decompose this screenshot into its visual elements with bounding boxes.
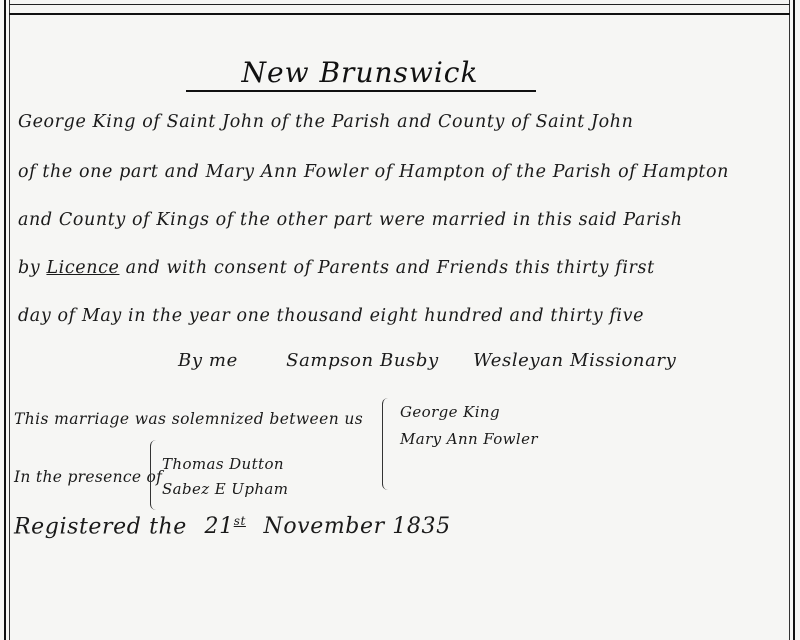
licence-prefix: by <box>18 258 46 278</box>
frame-rule-right-inner <box>789 0 790 640</box>
frame-rule-top-thin <box>9 4 790 5</box>
licence-word: Licence <box>46 258 119 278</box>
record-line-5: day of May in the year one thousand eigh… <box>18 306 644 326</box>
record-line-1: George King of Saint John of the Parish … <box>18 112 634 132</box>
party-signature-bride: Mary Ann Fowler <box>400 430 538 448</box>
registration-day-suffix: st <box>234 514 246 528</box>
frame-rule-left-inner <box>9 0 10 640</box>
record-line-4: by Licence and with consent of Parents a… <box>18 258 655 278</box>
heading-underline <box>186 90 536 92</box>
marriage-record-page: New Brunswick George King of Saint John … <box>0 0 800 640</box>
officiant-title: Wesleyan Missionary <box>473 350 676 371</box>
presence-label: In the presence of <box>14 468 162 486</box>
frame-rule-left-outer <box>4 0 6 640</box>
frame-rule-right-outer <box>793 0 795 640</box>
document-heading: New Brunswick <box>230 56 490 89</box>
witness-signature-1: Thomas Dutton <box>162 455 284 473</box>
licence-suffix: and with consent of Parents and Friends … <box>119 258 654 278</box>
registered-label: Registered the <box>14 514 187 539</box>
registration-month-year: November 1835 <box>263 514 450 539</box>
witness-brace <box>150 440 157 510</box>
frame-rule-top-thick <box>9 13 790 15</box>
record-line-2: of the one part and Mary Ann Fowler of H… <box>18 162 729 182</box>
solemnized-statement: This marriage was solemnized between us <box>14 410 363 428</box>
record-line-3: and County of Kings of the other part we… <box>18 210 683 230</box>
by-me-label: By me <box>178 350 238 371</box>
witness-signature-2: Sabez E Upham <box>162 480 288 498</box>
registration-day: 21 <box>205 514 234 539</box>
parties-brace <box>382 398 391 490</box>
party-signature-groom: George King <box>400 403 500 421</box>
officiant-signature-line: By me Sampson Busby Wesleyan Missionary <box>178 350 704 371</box>
registration-line: Registered the 21st November 1835 <box>14 514 451 539</box>
officiant-name: Sampson Busby <box>286 350 439 371</box>
